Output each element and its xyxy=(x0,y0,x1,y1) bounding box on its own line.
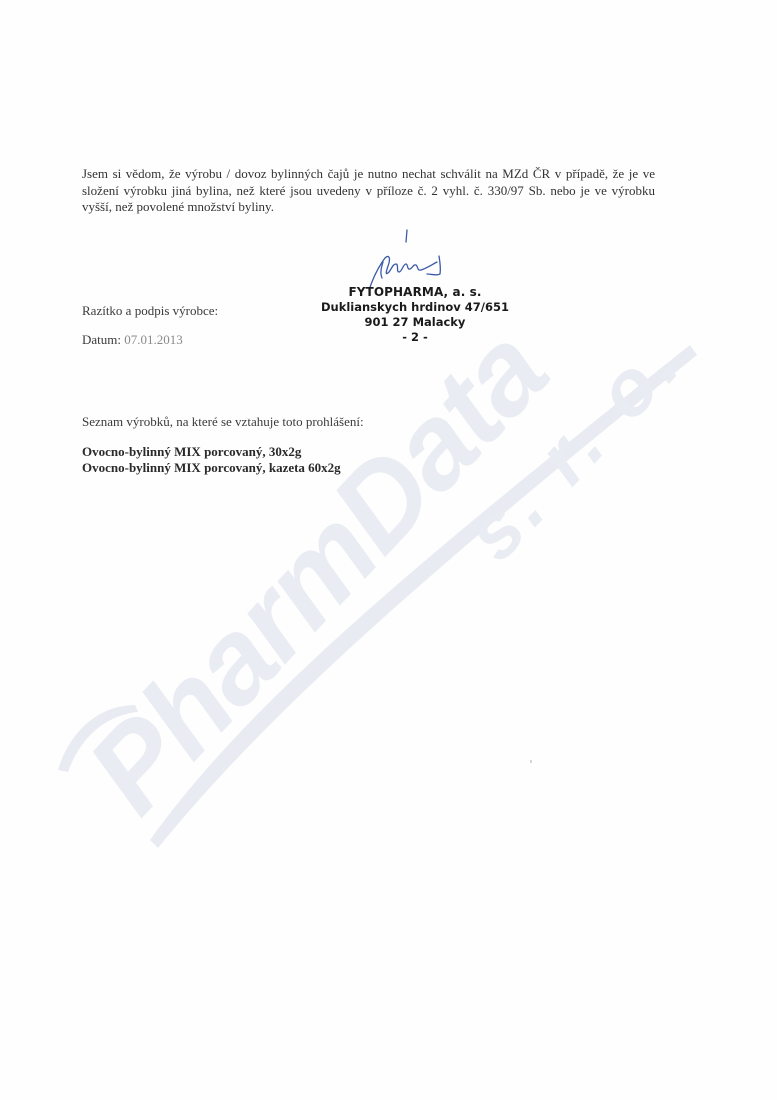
date-label: Datum: xyxy=(82,332,121,347)
product-item: Ovocno-bylinný MIX porcovaný, 30x2g xyxy=(82,444,341,460)
svg-text:s. r. o.: s. r. o. xyxy=(448,317,699,577)
products-intro: Seznam výrobků, na které se vztahuje tot… xyxy=(82,414,364,430)
declaration-paragraph: Jsem si vědom, že výrobu / dovoz bylinný… xyxy=(82,166,655,216)
date-value: 07.01.2013 xyxy=(124,332,183,347)
date-row: Datum: 07.01.2013 xyxy=(82,332,183,348)
svg-text:PharmData: PharmData xyxy=(62,305,571,838)
stamp-company-name: FYTOPHARMA, a. s. xyxy=(310,285,520,300)
signature-label: Razítko a podpis výrobce: xyxy=(82,303,218,319)
stamp-city: 901 27 Malacky xyxy=(310,315,520,330)
product-list: Ovocno-bylinný MIX porcovaný, 30x2g Ovoc… xyxy=(82,444,341,476)
product-item: Ovocno-bylinný MIX porcovaný, kazeta 60x… xyxy=(82,460,341,476)
pharmdata-watermark: PharmData s. r. o. xyxy=(0,0,777,1100)
company-stamp: FYTOPHARMA, a. s. Duklianskych hrdinov 4… xyxy=(310,285,520,345)
scan-speck xyxy=(530,760,532,763)
handwritten-signature xyxy=(355,228,465,293)
stamp-number: - 2 - xyxy=(310,330,520,345)
document-page: PharmData s. r. o. Jsem si vědom, že výr… xyxy=(0,0,777,1100)
stamp-street: Duklianskych hrdinov 47/651 xyxy=(310,300,520,315)
